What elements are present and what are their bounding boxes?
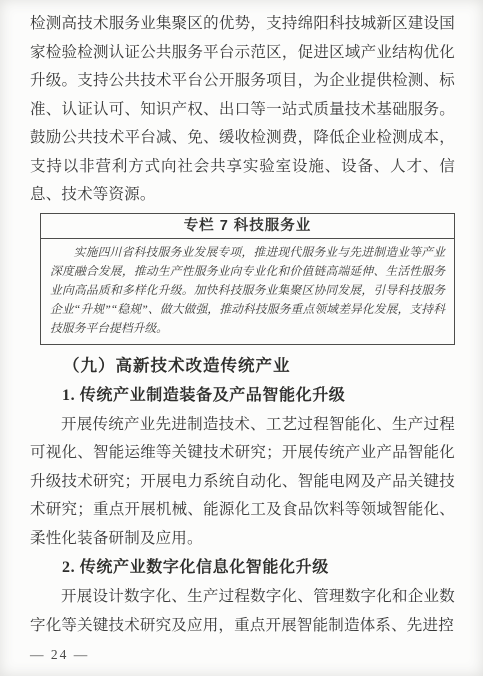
callout-box-body: 实施四川省科技服务业发展专项，推进现代服务业与先进制造业等产业深度融合发展，推动… bbox=[41, 239, 454, 344]
paragraph-digitalization: 开展设计数字化、生产过程数字化、管理数字化和企业数字化等关键技术研究及应用，重点… bbox=[30, 583, 455, 640]
paragraph-testing-services: 检测高技术服务业集聚区的优势，支持绵阳科技城新区建设国家检验检测认证公共服务平台… bbox=[30, 10, 455, 210]
subsection-heading-1: 1. 传统产业制造装备及产品智能化升级 bbox=[30, 381, 455, 411]
callout-box-tech-services: 专栏 7 科技服务业 实施四川省科技服务业发展专项，推进现代服务业与先进制造业等… bbox=[40, 213, 455, 345]
page-content: 检测高技术服务业集聚区的优势，支持绵阳科技城新区建设国家检验检测认证公共服务平台… bbox=[0, 0, 483, 640]
section-heading-nine: （九）高新技术改造传统产业 bbox=[30, 351, 455, 381]
subsection-heading-2: 2. 传统产业数字化信息化智能化升级 bbox=[30, 553, 455, 583]
paragraph-smart-manufacturing: 开展传统产业先进制造技术、工艺过程智能化、生产过程可视化、智能运维等关键技术研究… bbox=[30, 411, 455, 554]
callout-box-title: 专栏 7 科技服务业 bbox=[41, 214, 454, 239]
page-number: — 24 — bbox=[30, 647, 89, 663]
document-page: 检测高技术服务业集聚区的优势，支持绵阳科技城新区建设国家检验检测认证公共服务平台… bbox=[0, 0, 483, 676]
